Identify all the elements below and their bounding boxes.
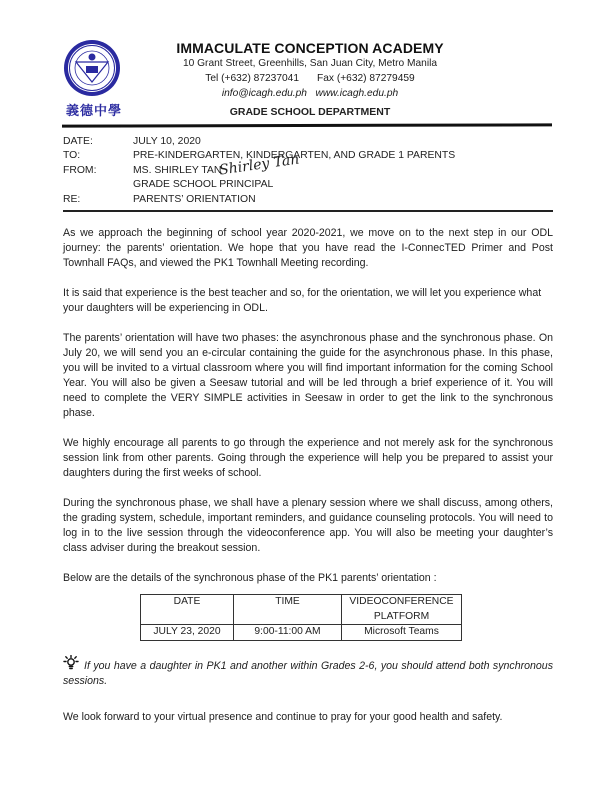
note: If you have a daughter in PK1 and anothe… [63, 655, 553, 689]
memo-divider [63, 210, 553, 212]
lightbulb-icon [63, 655, 79, 671]
cell-time: 9:00-11:00 AM [234, 625, 342, 641]
paragraph: During the synchronous phase, we shall h… [63, 496, 553, 556]
school-seal-icon [62, 38, 122, 98]
note-text: If you have a daughter in PK1 and anothe… [63, 660, 553, 687]
cell-platform: Microsoft Teams [342, 625, 462, 641]
memo-date-row: DATE: JULY 10, 2020 [63, 135, 553, 149]
school-name: IMMACULATE CONCEPTION ACADEMY [170, 40, 450, 56]
memo-body: As we approach the beginning of school y… [63, 226, 553, 601]
re-value: PARENTS’ ORIENTATION [133, 193, 553, 207]
contact-numbers: Tel (+632) 87237041Fax (+632) 87279459 [170, 71, 450, 86]
header-divider [62, 123, 552, 127]
paragraph: Below are the details of the synchronous… [63, 571, 553, 586]
re-label: RE: [63, 193, 133, 207]
paragraph: It is said that experience is the best t… [63, 286, 553, 316]
cell-date: JULY 23, 2020 [141, 625, 234, 641]
date-value: JULY 10, 2020 [133, 135, 553, 149]
department-name: GRADE SCHOOL DEPARTMENT [170, 106, 450, 118]
fax-number: Fax (+632) 87279459 [317, 73, 415, 84]
memo-page: 義德中學 IMMACULATE CONCEPTION ACADEMY 10 Gr… [0, 0, 600, 800]
chinese-school-name: 義德中學 [66, 100, 122, 119]
closing-line: We look forward to your virtual presence… [63, 710, 553, 725]
to-value: PRE-KINDERGARTEN, KINDERGARTEN, AND GRAD… [133, 149, 553, 163]
table-header-row: DATE TIME VIDEOCONFERENCE PLATFORM [141, 595, 462, 625]
memo-title-row: GRADE SCHOOL PRINCIPAL [63, 178, 553, 192]
from-value-wrap: MS. SHIRLEY TAN Shirley Tan [133, 164, 553, 178]
school-address: 10 Grant Street, Greenhills, San Juan Ci… [170, 56, 450, 71]
table-row: JULY 23, 2020 9:00-11:00 AM Microsoft Te… [141, 625, 462, 641]
email-web-row: info@icagh.edu.ph www.icagh.edu.ph [170, 86, 450, 101]
header-platform: VIDEOCONFERENCE PLATFORM [342, 595, 462, 625]
memo-re-row: RE: PARENTS’ ORIENTATION [63, 193, 553, 207]
from-value: MS. SHIRLEY TAN [133, 165, 221, 176]
website-link[interactable]: www.icagh.edu.ph [315, 88, 398, 99]
memo-from-row: FROM: MS. SHIRLEY TAN Shirley Tan [63, 164, 553, 178]
tel-number: Tel (+632) 87237041 [205, 73, 299, 84]
paragraph: The parents’ orientation will have two p… [63, 331, 553, 421]
from-label: FROM: [63, 164, 133, 178]
paragraph: We highly encourage all parents to go th… [63, 436, 553, 481]
to-label: TO: [63, 149, 133, 163]
from-title: GRADE SCHOOL PRINCIPAL [133, 178, 553, 192]
memo-header: DATE: JULY 10, 2020 TO: PRE-KINDERGARTEN… [63, 135, 553, 207]
header-date: DATE [141, 595, 234, 625]
header-time: TIME [234, 595, 342, 625]
schedule-table: DATE TIME VIDEOCONFERENCE PLATFORM JULY … [140, 594, 462, 641]
email-link[interactable]: info@icagh.edu.ph [222, 88, 307, 99]
letterhead: IMMACULATE CONCEPTION ACADEMY 10 Grant S… [170, 40, 450, 101]
date-label: DATE: [63, 135, 133, 149]
paragraph: As we approach the beginning of school y… [63, 226, 553, 271]
memo-to-row: TO: PRE-KINDERGARTEN, KINDERGARTEN, AND … [63, 149, 553, 163]
